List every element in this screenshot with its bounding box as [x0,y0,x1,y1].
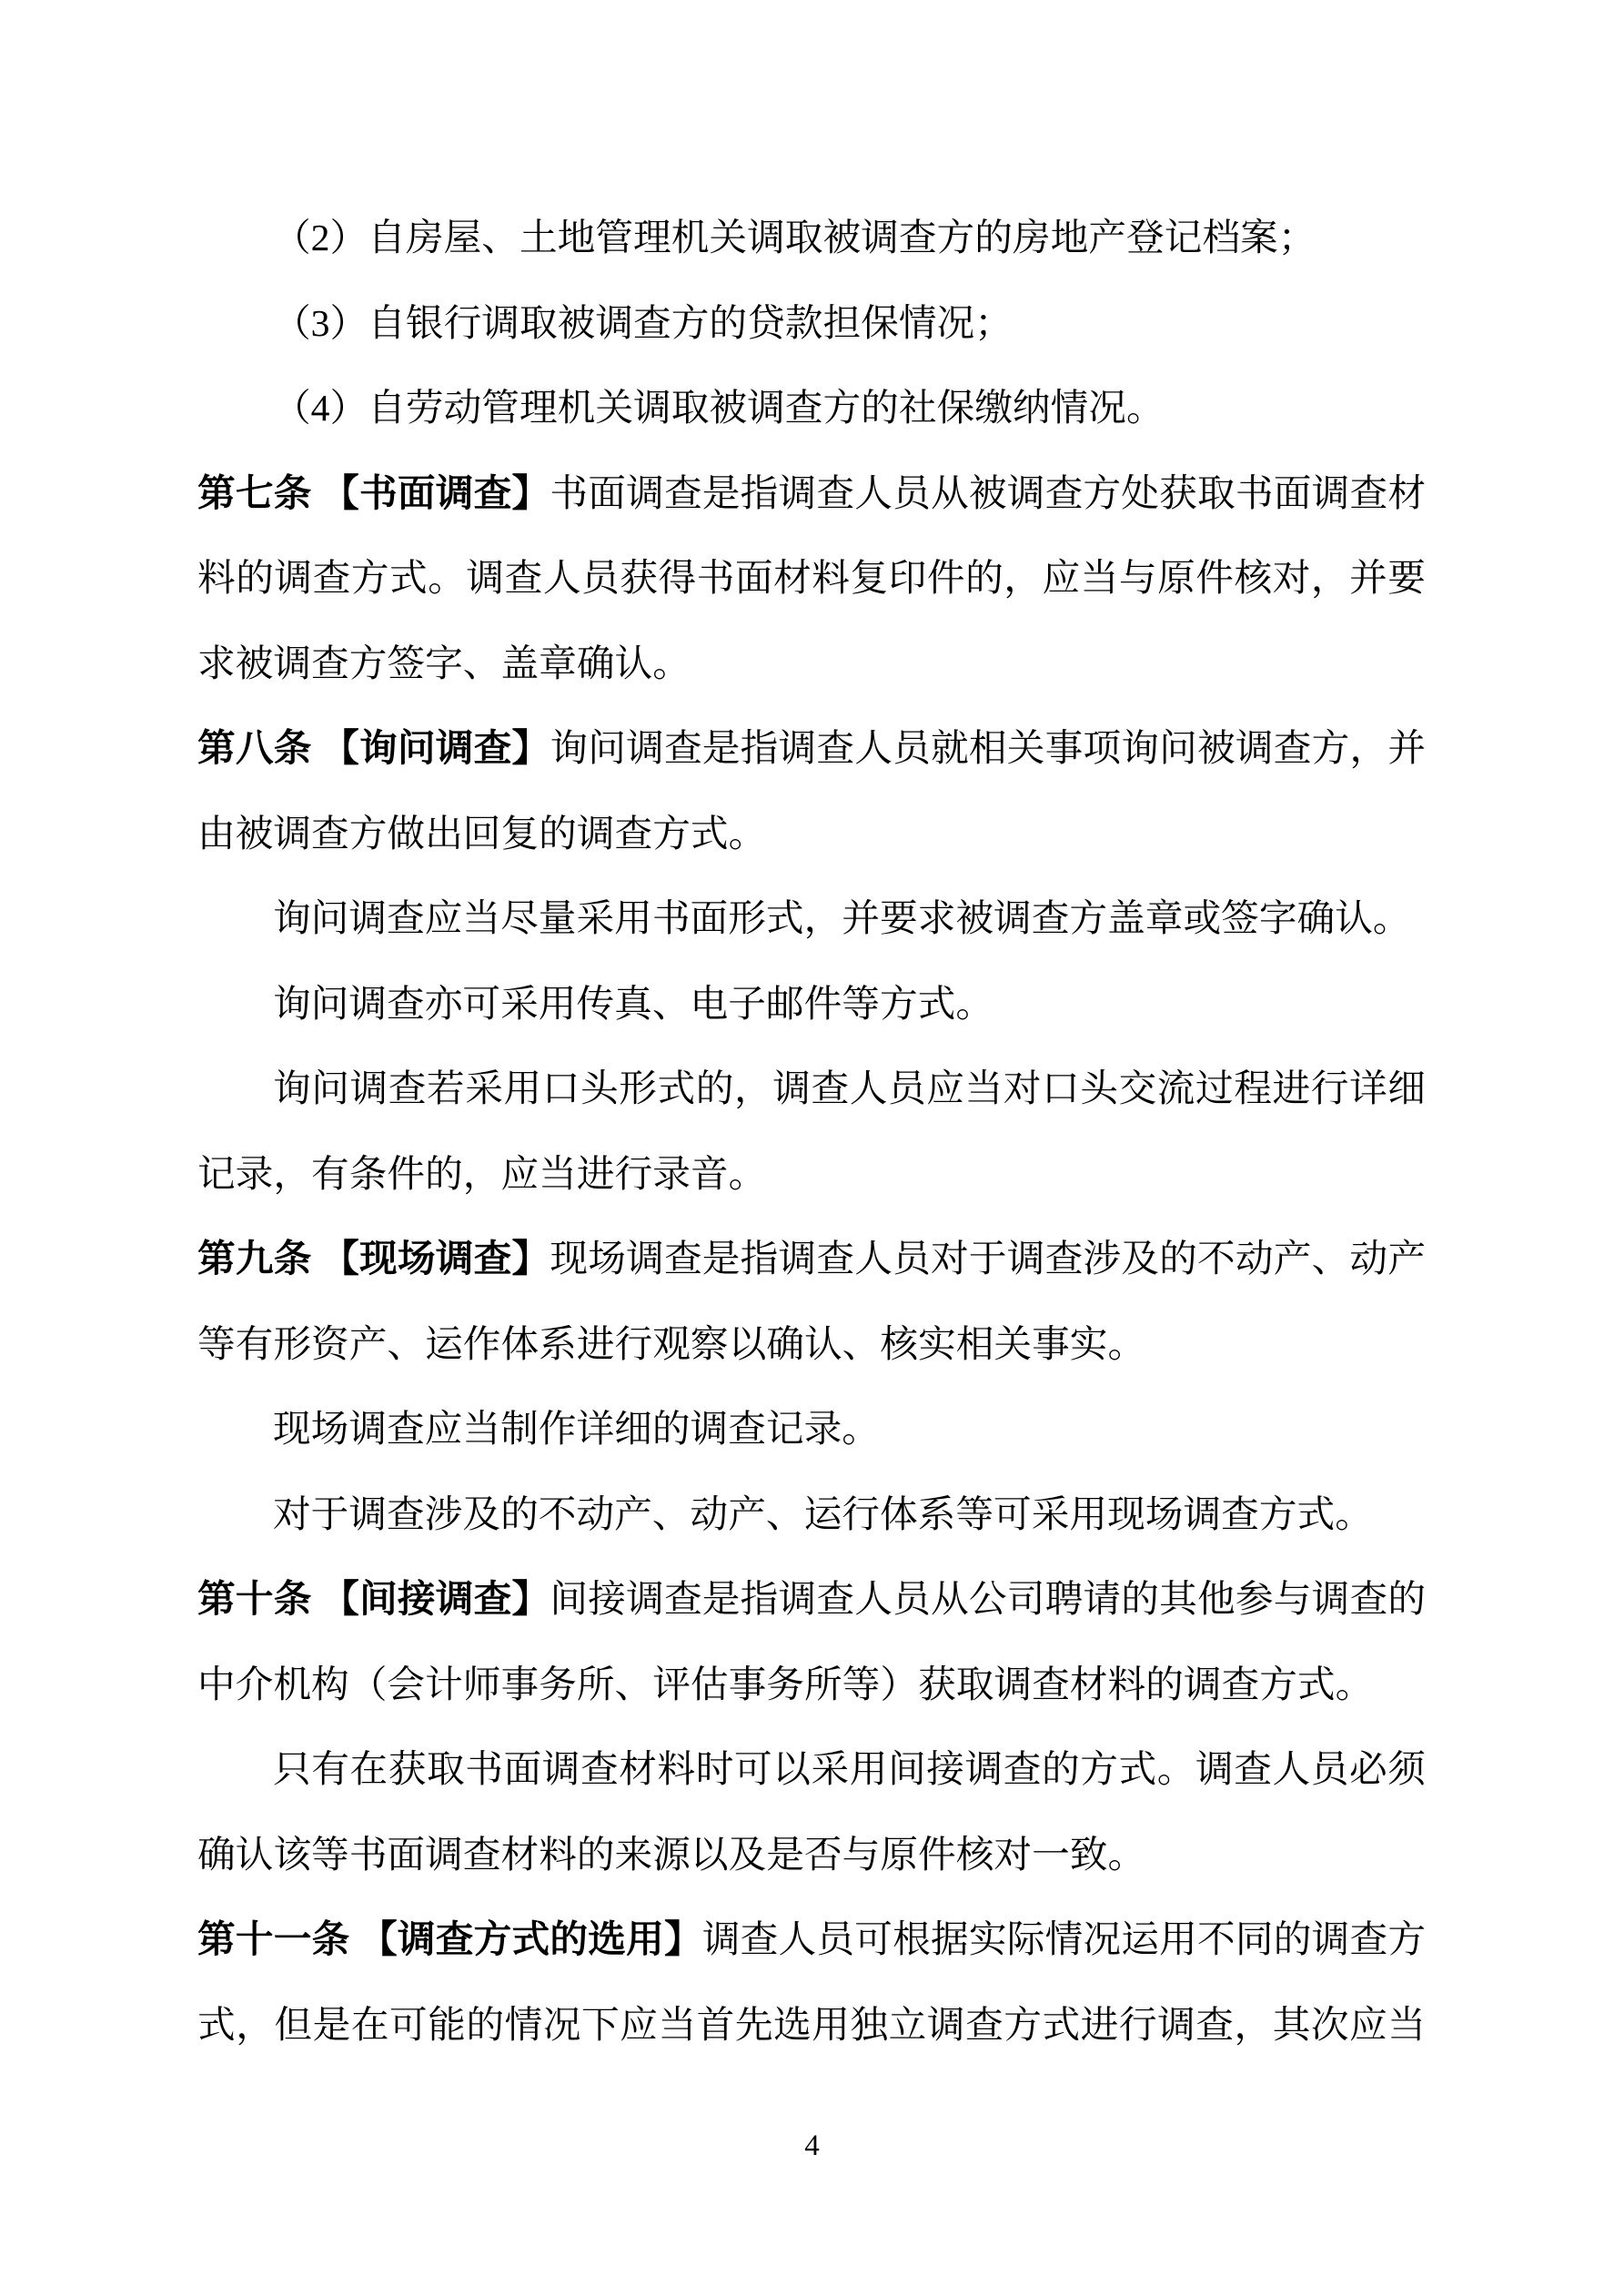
line-text: 现场调查应当制作详细的调查记录。 [273,1409,880,1451]
line-text: 询问调查亦可采用传真、电子邮件等方式。 [273,984,994,1026]
article-heading-line: 第十一条 【调查方式的选用】调查人员可根据实际情况运用不同的调查方 [197,1898,1426,1984]
line-text: 间接调查是指调查人员从公司聘请的其他参与调查的 [550,1579,1426,1621]
line-text: 求被调查方签字、盖章确认。 [197,643,691,685]
line-text: 中介机构（会计师事务所、评估事务所等）获取调查材料的调查方式。 [197,1664,1373,1706]
body-line: 询问调查若采用口头形式的，调查人员应当对口头交流过程进行详细 [197,1047,1426,1133]
article-heading-text: 第八条 【询问调查】 [197,728,550,770]
body-line: 中介机构（会计师事务所、评估事务所等）获取调查材料的调查方式。 [197,1644,1426,1729]
body-line: 等有形资产、运作体系进行观察以确认、核实相关事实。 [197,1303,1426,1389]
line-text: 记录，有条件的，应当进行录音。 [197,1154,766,1196]
body-line: 询问调查亦可采用传真、电子邮件等方式。 [197,963,1426,1048]
article-heading-line: 第十条 【间接调查】间接调查是指调查人员从公司聘请的其他参与调查的 [197,1558,1426,1644]
body-line: 确认该等书面调查材料的来源以及是否与原件核对一致。 [197,1814,1426,1899]
document-page: （2）自房屋、土地管理机关调取被调查方的房地产登记档案；（3）自银行调取被调查方… [0,0,1624,2296]
list-item-line: （4）自劳动管理机关调取被调查方的社保缴纳情况。 [197,367,1426,452]
article-heading-text: 第十条 【间接调查】 [197,1579,550,1621]
article-heading-line: 第七条 【书面调查】书面调查是指调查人员从被调查方处获取书面调查材 [197,452,1426,538]
line-text: 询问调查若采用口头形式的，调查人员应当对口头交流过程进行详细 [273,1068,1426,1110]
line-text: 询问调查应当尽量采用书面形式，并要求被调查方盖章或签字确认。 [273,898,1411,940]
article-heading-line: 第八条 【询问调查】询问调查是指调查人员就相关事项询问被调查方，并 [197,707,1426,793]
line-text: （3）自银行调取被调查方的贷款担保情况； [273,303,1013,345]
article-heading-line: 第九条 【现场调查】现场调查是指调查人员对于调查涉及的不动产、动产 [197,1218,1426,1303]
line-text: 料的调查方式。调查人员获得书面材料复印件的，应当与原件核对，并要 [197,558,1426,600]
body-line: 只有在获取书面调查材料时可以采用间接调查的方式。调查人员必须 [197,1728,1426,1814]
list-item-line: （2）自房屋、土地管理机关调取被调查方的房地产登记档案； [197,197,1426,282]
body-line: 式，但是在可能的情况下应当首先选用独立调查方式进行调查，其次应当 [197,1984,1426,2069]
page-number: 4 [0,2124,1624,2168]
line-text: 等有形资产、运作体系进行观察以确认、核实相关事实。 [197,1324,1145,1366]
line-text: 现场调查是指调查人员对于调查涉及的不动产、动产 [550,1239,1426,1280]
body-line: 询问调查应当尽量采用书面形式，并要求被调查方盖章或签字确认。 [197,877,1426,963]
body-line: 由被调查方做出回复的调查方式。 [197,793,1426,878]
article-heading-text: 第十一条 【调查方式的选用】 [197,1919,702,1961]
body-line: 对于调查涉及的不动产、动产、运行体系等可采用现场调查方式。 [197,1473,1426,1559]
line-text: 确认该等书面调查材料的来源以及是否与原件核对一致。 [197,1835,1145,1876]
line-text: 对于调查涉及的不动产、动产、运行体系等可采用现场调查方式。 [273,1494,1373,1536]
article-heading-text: 第九条 【现场调查】 [197,1239,550,1280]
list-item-line: （3）自银行调取被调查方的贷款担保情况； [197,282,1426,368]
line-text: 询问调查是指调查人员就相关事项询问被调查方，并 [550,728,1426,770]
line-text: 式，但是在可能的情况下应当首先选用独立调查方式进行调查，其次应当 [197,2005,1426,2047]
line-text: 调查人员可根据实际情况运用不同的调查方 [702,1919,1426,1961]
body-line: 现场调查应当制作详细的调查记录。 [197,1388,1426,1473]
line-text: 只有在获取书面调查材料时可以采用间接调查的方式。调查人员必须 [273,1749,1426,1791]
line-text: 由被调查方做出回复的调查方式。 [197,814,766,855]
line-text: （4）自劳动管理机关调取被调查方的社保缴纳情况。 [273,388,1165,430]
article-heading-text: 第七条 【书面调查】 [197,473,550,515]
body-line: 记录，有条件的，应当进行录音。 [197,1133,1426,1219]
document-body: （2）自房屋、土地管理机关调取被调查方的房地产登记档案；（3）自银行调取被调查方… [197,197,1426,2068]
line-text: （2）自房屋、土地管理机关调取被调查方的房地产登记档案； [273,217,1316,259]
body-line: 求被调查方签字、盖章确认。 [197,622,1426,708]
line-text: 书面调查是指调查人员从被调查方处获取书面调查材 [550,473,1426,515]
body-line: 料的调查方式。调查人员获得书面材料复印件的，应当与原件核对，并要 [197,537,1426,622]
